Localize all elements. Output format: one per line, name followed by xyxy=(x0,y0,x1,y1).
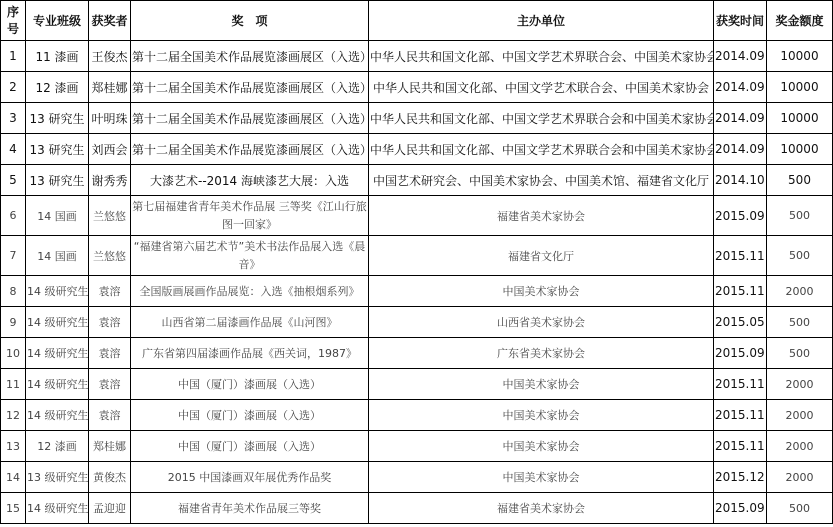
table-row: 7 14 国画 兰悠悠 “福建省第六届艺术节”美术书法作品展入选《晨音》 福建省… xyxy=(1,236,833,276)
cell-award: 全国版画展画作品展览：入选《抽根烟系列》 xyxy=(131,276,369,307)
cell-class: 13 研究生 xyxy=(26,103,89,134)
header-organizer: 主办单位 xyxy=(369,1,714,41)
cell-date: 2015.11 xyxy=(714,431,767,462)
awards-table: 序号 专业班级 获奖者 奖 项 主办单位 获奖时间 奖金额度 1 11 漆画 王… xyxy=(0,0,833,524)
cell-organizer: 山西省美术家协会 xyxy=(369,307,714,338)
cell-no: 4 xyxy=(1,134,26,165)
cell-date: 2015.05 xyxy=(714,307,767,338)
cell-class: 14 级研究生 xyxy=(26,493,89,524)
cell-organizer: 中华人民共和国文化部、中国文学艺术界联合会、中国美术家协会 xyxy=(369,41,714,72)
cell-award: 广东省第四届漆画作品展《西关词，1987》 xyxy=(131,338,369,369)
cell-winner: 郑桂娜 xyxy=(89,431,131,462)
cell-winner: 兰悠悠 xyxy=(89,236,131,276)
table-row: 14 13 级研究生 黄俊杰 2015 中国漆画双年展优秀作品奖 中国美术家协会… xyxy=(1,462,833,493)
cell-award: 山西省第二届漆画作品展《山河图》 xyxy=(131,307,369,338)
cell-organizer: 广东省美术家协会 xyxy=(369,338,714,369)
cell-no: 7 xyxy=(1,236,26,276)
cell-winner: 叶明珠 xyxy=(89,103,131,134)
cell-winner: 袁溶 xyxy=(89,338,131,369)
cell-amount: 2000 xyxy=(767,400,833,431)
cell-no: 15 xyxy=(1,493,26,524)
cell-no: 6 xyxy=(1,196,26,236)
cell-date: 2015.09 xyxy=(714,493,767,524)
cell-organizer: 福建省文化厅 xyxy=(369,236,714,276)
table-row: 13 12 漆画 郑桂娜 中国（厦门）漆画展（入选） 中国美术家协会 2015.… xyxy=(1,431,833,462)
cell-amount: 10000 xyxy=(767,72,833,103)
cell-no: 8 xyxy=(1,276,26,307)
cell-no: 2 xyxy=(1,72,26,103)
cell-class: 14 级研究生 xyxy=(26,400,89,431)
cell-amount: 2000 xyxy=(767,431,833,462)
table-row: 9 14 级研究生 袁溶 山西省第二届漆画作品展《山河图》 山西省美术家协会 2… xyxy=(1,307,833,338)
cell-organizer: 中国美术家协会 xyxy=(369,400,714,431)
cell-award: 第七届福建省青年美术作品展 三等奖《江山行旅图一回家》 xyxy=(131,196,369,236)
cell-class: 14 级研究生 xyxy=(26,369,89,400)
cell-award: “福建省第六届艺术节”美术书法作品展入选《晨音》 xyxy=(131,236,369,276)
cell-amount: 2000 xyxy=(767,462,833,493)
cell-no: 13 xyxy=(1,431,26,462)
cell-date: 2014.09 xyxy=(714,41,767,72)
cell-class: 14 国画 xyxy=(26,196,89,236)
cell-organizer: 中国美术家协会 xyxy=(369,431,714,462)
header-row: 序号 专业班级 获奖者 奖 项 主办单位 获奖时间 奖金额度 xyxy=(1,1,833,41)
cell-amount: 500 xyxy=(767,493,833,524)
cell-award: 中国（厦门）漆画展（入选） xyxy=(131,400,369,431)
cell-date: 2014.10 xyxy=(714,165,767,196)
cell-date: 2015.09 xyxy=(714,338,767,369)
table-row: 6 14 国画 兰悠悠 第七届福建省青年美术作品展 三等奖《江山行旅图一回家》 … xyxy=(1,196,833,236)
cell-no: 12 xyxy=(1,400,26,431)
cell-organizer: 中国美术家协会 xyxy=(369,276,714,307)
cell-organizer: 福建省美术家协会 xyxy=(369,196,714,236)
table-row: 8 14 级研究生 袁溶 全国版画展画作品展览：入选《抽根烟系列》 中国美术家协… xyxy=(1,276,833,307)
cell-no: 14 xyxy=(1,462,26,493)
cell-organizer: 中国美术家协会 xyxy=(369,462,714,493)
cell-award: 第十二届全国美术作品展览漆画展区（入选） xyxy=(131,134,369,165)
cell-award: 第十二届全国美术作品展览漆画展区（入选） xyxy=(131,103,369,134)
cell-award: 中国（厦门）漆画展（入选） xyxy=(131,369,369,400)
cell-no: 10 xyxy=(1,338,26,369)
cell-class: 14 级研究生 xyxy=(26,338,89,369)
cell-amount: 10000 xyxy=(767,103,833,134)
cell-award: 大漆艺术--2014 海峡漆艺大展：入选 xyxy=(131,165,369,196)
header-class: 专业班级 xyxy=(26,1,89,41)
cell-class: 12 漆画 xyxy=(26,431,89,462)
cell-class: 11 漆画 xyxy=(26,41,89,72)
cell-amount: 500 xyxy=(767,165,833,196)
table-row: 15 14 级研究生 孟迎迎 福建省青年美术作品展三等奖 福建省美术家协会 20… xyxy=(1,493,833,524)
cell-no: 5 xyxy=(1,165,26,196)
cell-winner: 郑桂娜 xyxy=(89,72,131,103)
cell-no: 3 xyxy=(1,103,26,134)
cell-class: 12 漆画 xyxy=(26,72,89,103)
cell-winner: 袁溶 xyxy=(89,369,131,400)
cell-award: 第十二届全国美术作品展览漆画展区（入选） xyxy=(131,72,369,103)
header-date: 获奖时间 xyxy=(714,1,767,41)
cell-amount: 10000 xyxy=(767,41,833,72)
cell-winner: 袁溶 xyxy=(89,400,131,431)
table-row: 2 12 漆画 郑桂娜 第十二届全国美术作品展览漆画展区（入选） 中华人民共和国… xyxy=(1,72,833,103)
cell-award: 中国（厦门）漆画展（入选） xyxy=(131,431,369,462)
cell-amount: 500 xyxy=(767,307,833,338)
cell-organizer: 中国美术家协会 xyxy=(369,369,714,400)
table-row: 1 11 漆画 王俊杰 第十二届全国美术作品展览漆画展区（入选） 中华人民共和国… xyxy=(1,41,833,72)
cell-date: 2014.09 xyxy=(714,134,767,165)
cell-class: 14 级研究生 xyxy=(26,276,89,307)
cell-winner: 袁溶 xyxy=(89,307,131,338)
cell-no: 1 xyxy=(1,41,26,72)
cell-class: 14 级研究生 xyxy=(26,307,89,338)
cell-award: 第十二届全国美术作品展览漆画展区（入选） xyxy=(131,41,369,72)
cell-class: 13 研究生 xyxy=(26,134,89,165)
cell-date: 2015.11 xyxy=(714,369,767,400)
cell-organizer: 中华人民共和国文化部、中国文学艺术界联合会和中国美术家协会 xyxy=(369,134,714,165)
table-row: 3 13 研究生 叶明珠 第十二届全国美术作品展览漆画展区（入选） 中华人民共和… xyxy=(1,103,833,134)
cell-date: 2015.11 xyxy=(714,400,767,431)
cell-winner: 袁溶 xyxy=(89,276,131,307)
header-no: 序号 xyxy=(1,1,26,41)
cell-organizer: 中华人民共和国文化部、中国文学艺术联合会、中国美术家协会 xyxy=(369,72,714,103)
cell-winner: 黄俊杰 xyxy=(89,462,131,493)
cell-date: 2015.11 xyxy=(714,236,767,276)
cell-winner: 谢秀秀 xyxy=(89,165,131,196)
cell-amount: 2000 xyxy=(767,276,833,307)
cell-date: 2015.12 xyxy=(714,462,767,493)
table-row: 10 14 级研究生 袁溶 广东省第四届漆画作品展《西关词，1987》 广东省美… xyxy=(1,338,833,369)
cell-amount: 500 xyxy=(767,236,833,276)
cell-amount: 500 xyxy=(767,338,833,369)
table-row: 4 13 研究生 刘西会 第十二届全国美术作品展览漆画展区（入选） 中华人民共和… xyxy=(1,134,833,165)
table-row: 12 14 级研究生 袁溶 中国（厦门）漆画展（入选） 中国美术家协会 2015… xyxy=(1,400,833,431)
cell-winner: 兰悠悠 xyxy=(89,196,131,236)
cell-date: 2014.09 xyxy=(714,103,767,134)
cell-date: 2015.11 xyxy=(714,276,767,307)
cell-organizer: 福建省美术家协会 xyxy=(369,493,714,524)
table-row: 5 13 研究生 谢秀秀 大漆艺术--2014 海峡漆艺大展：入选 中国艺术研究… xyxy=(1,165,833,196)
cell-class: 13 级研究生 xyxy=(26,462,89,493)
cell-amount: 2000 xyxy=(767,369,833,400)
cell-no: 11 xyxy=(1,369,26,400)
cell-class: 13 研究生 xyxy=(26,165,89,196)
header-amount: 奖金额度 xyxy=(767,1,833,41)
cell-date: 2015.09 xyxy=(714,196,767,236)
cell-organizer: 中国艺术研究会、中国美术家协会、中国美术馆、福建省文化厅 xyxy=(369,165,714,196)
cell-winner: 刘西会 xyxy=(89,134,131,165)
cell-date: 2014.09 xyxy=(714,72,767,103)
header-winner: 获奖者 xyxy=(89,1,131,41)
cell-no: 9 xyxy=(1,307,26,338)
cell-winner: 孟迎迎 xyxy=(89,493,131,524)
header-award: 奖 项 xyxy=(131,1,369,41)
cell-organizer: 中华人民共和国文化部、中国文学艺术界联合会和中国美术家协会 xyxy=(369,103,714,134)
cell-amount: 500 xyxy=(767,196,833,236)
cell-class: 14 国画 xyxy=(26,236,89,276)
cell-winner: 王俊杰 xyxy=(89,41,131,72)
cell-award: 2015 中国漆画双年展优秀作品奖 xyxy=(131,462,369,493)
cell-award: 福建省青年美术作品展三等奖 xyxy=(131,493,369,524)
table-row: 11 14 级研究生 袁溶 中国（厦门）漆画展（入选） 中国美术家协会 2015… xyxy=(1,369,833,400)
cell-amount: 10000 xyxy=(767,134,833,165)
